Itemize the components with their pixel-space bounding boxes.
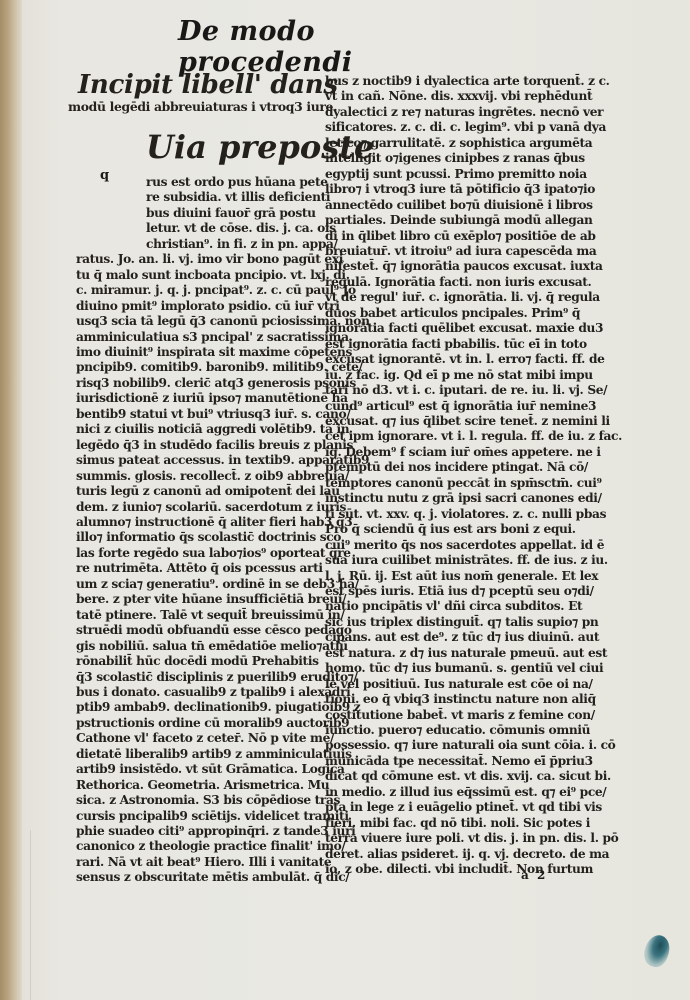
text-line: letico⁊ garrulitatē. z sophistica argumē… [325, 136, 569, 151]
text-line: cund⁹ articul⁹ est q̄ ignorātia iur̄ nem… [325, 399, 569, 414]
text-line: diuino pmit⁹ implorato psidio. cū iur̄ v… [76, 299, 320, 314]
text-line: pncipib9. comitib9. baronib9. militib9. … [76, 360, 320, 375]
text-line: pstructionis ordine cū moralib9 auctorib… [76, 716, 320, 731]
incipit-title: Incipit libell' dans [78, 71, 320, 99]
text-line: Rethorica. Geometria. Arismetrica. Mu [76, 778, 320, 793]
text-line: ti sūt. vt. xxv. q. j. violatores. z. c.… [325, 507, 569, 522]
text-line: partiales. Deinde subiungā modū allegan [325, 213, 569, 228]
text-line: regulā. Ignorātia facti. non iuris excus… [325, 275, 569, 290]
text-line: cōstitutione babet̄. vt maris z femine c… [325, 708, 569, 723]
text-line: instinctu nutu z grā ipsi sacri canones … [325, 491, 569, 506]
text-line: turis legū z canonū ad omipotent̄ dei la… [76, 484, 320, 499]
text-line: excusat. q⁊ ius q̄libet scire tenet̄. z … [325, 414, 569, 429]
text-line: tari nō d3. vt i. c. iputari. de re. iu.… [325, 383, 569, 398]
text-line: municāda tpe necessitat̄. Nemo eī̄ p̄pri… [325, 754, 569, 769]
text-line: sua iura cuilibet ministrātes. ff. de iu… [325, 553, 569, 568]
text-line: bus i donato. casualib9 z tpalib9 i alex… [76, 685, 320, 700]
text-line: est ignorātia facti pbabilis. tūc eī̄ in… [325, 337, 569, 352]
text-line: Pro q̄ sciendū q̄ ius est ars boni z equ… [325, 522, 569, 537]
text-line: duos babet articulos pncipales. Prim⁹ q̄ [325, 306, 569, 321]
text-line: bus diuini fauor̄ grā postu [146, 206, 320, 221]
running-head: De modo procedendi [178, 16, 468, 78]
text-line: egyptij sunt pcussi. Primo premitto noia [325, 167, 569, 182]
text-line: re subsidia. vt illis deficienti [146, 190, 320, 205]
text-line: annectēdo cuilibet bo⁊ū diuisionē i libr… [325, 198, 569, 213]
text-line: tu q̄ malo sunt incboata pncipio. vt. lx… [76, 268, 320, 283]
guide-letter: q [100, 168, 109, 183]
text-line: rus est ordo pus hūana pete [146, 175, 320, 190]
text-line: vt de regul' iur̄. c. ignorātia. li. vj.… [325, 290, 569, 305]
text-line: excusat ignorantē. vt in. l. erro⁊ facti… [325, 352, 569, 367]
text-line: re nutrimēta. Attēto q̄ ois pcessus arti [76, 561, 320, 576]
text-line: amminiculatiua s3 pncipal' z sacratissim… [76, 330, 320, 345]
handwritten-shelfmark: Ink. 825. [0, 680, 4, 830]
text-line: homo. tūc d⁊ ius bumanū. s. gentiū vel c… [325, 661, 569, 676]
right-column: bus z noctib9 i dyalectica arte torquent… [325, 74, 569, 878]
text-line: christian⁹. in fi. z in pn. appa/ [146, 237, 320, 252]
text-line: imo diuinit⁹ inspirata sit maxime cōpete… [76, 345, 320, 360]
text-line: rari. Nā vt ait beat⁹ Hiero. Illi i vani… [76, 855, 320, 870]
text-line: breuiatur̄. vt itroiu⁹ ad iura capescēda… [325, 244, 569, 259]
text-line: di in q̄libet libro cū exēplo⁊ positiōe … [325, 229, 569, 244]
text-line: sensus z obscuritate mētis ambulāt. q̄ d… [76, 870, 320, 885]
text-line: nici z ciuilis noticiā aggredi volētib9.… [76, 422, 320, 437]
scanned-page: De modo procedendi Incipit libell' dans … [0, 0, 690, 1000]
text-line: alumno⁊ instructionē q̄ aliter fieri hab… [76, 515, 320, 530]
text-line: est natura. z d⁊ ius naturale pmeuū. aut… [325, 646, 569, 661]
text-line: struēdi modū obfuandū esse cēsco pedago [76, 623, 320, 638]
text-line: dicat qd cōmune est. vt dis. xvij. ca. s… [325, 769, 569, 784]
left-column: Incipit libell' dans modū legēdi abbreui… [76, 71, 320, 886]
text-line: phie suadeo citi⁹ appropinq̄ri. z tande3… [76, 824, 320, 839]
text-line: cet ipm ignorare. vt i. l. regula. ff. d… [325, 429, 569, 444]
text-line: summis. glosis. recollect̄. z oib9 abbre… [76, 469, 320, 484]
text-line: cursis pncipalib9 sciētijs. videlicet tr… [76, 809, 320, 824]
text-line: risq3 nobilib9. cleric̄ atq3 generosis p… [76, 376, 320, 391]
text-line: letur. vt de cōse. dis. j. ca. ois [146, 221, 320, 236]
right-text-block: bus z noctib9 i dyalectica arte torquent… [325, 74, 569, 878]
signature-mark: a 2 [521, 868, 547, 882]
incipit-subtitle: modū legēdi abbreuiaturas i vtroq3 iure. [68, 99, 320, 115]
left-text-block: ratus. Jo. an. li. vj. imo vir bono pagū… [76, 252, 320, 886]
text-line: cui⁹ merito q̄s nos sacerdotes appellat.… [325, 538, 569, 553]
opening-initial-block: Uia preposte [76, 129, 320, 175]
text-line: sic ius triplex distinguit̄. q⁊ talis su… [325, 615, 569, 630]
text-line: ig. Debem⁹ ẜ sciam iur̄ om̄es appetere. … [325, 445, 569, 460]
text-line: dyalectici z re⁊ naturas ingrētes. necnō… [325, 105, 569, 120]
text-line: ignorātia facti quēlibet excusat. maxie … [325, 321, 569, 336]
text-line: iunctio. puero⁊ educatio. cōmunis omniū [325, 723, 569, 738]
paper-crease [30, 830, 31, 1000]
text-line: iu. z fac. ig. Qd eī̄ p me nō stat mibi … [325, 368, 569, 383]
text-line: est spēs iuris. Etiā ius d⁊ pceptū seu o… [325, 584, 569, 599]
text-line: fieri. mibi fac. qd nō tibi. noli. Sic p… [325, 816, 569, 831]
text-line: rōnabilit̄ hūc docēdi modū Prehabitis [76, 654, 320, 669]
text-line: legēdo q̄3 in studēdo facilis breuis z p… [76, 438, 320, 453]
text-line: iurisdictionē z iuriū ipso⁊ manutētionē … [76, 391, 320, 406]
text-line: intelligit o⁊igenes cinipbes z ranas q̄b… [325, 151, 569, 166]
text-line: illo⁊ informatio q̄s scolastic̄ doctrini… [76, 530, 320, 545]
text-line: temptores canonū peccāt in spm̄sctm̄. cu… [325, 476, 569, 491]
indented-text-block: rus est ordo pus hūana petere subsidia. … [76, 175, 320, 252]
text-line: ratus. Jo. an. li. vj. imo vir bono pagū… [76, 252, 320, 267]
text-line: le vel positiuū. Ius naturale est cōe oi… [325, 677, 569, 692]
text-line: terra viuere iure poli. vt dis. j. in pn… [325, 831, 569, 846]
text-line: bus z noctib9 i dyalectica arte torquent… [325, 74, 569, 89]
text-line: natio pncipātis vl' dñi circa subditos. … [325, 599, 569, 614]
text-line: bentib9 statui vt bui⁹ vtriusq3 iur̄. s.… [76, 407, 320, 422]
text-line: pta in lege z i euāgelio ptinet̄. vt qd … [325, 800, 569, 815]
text-line: ptemptū dei nos incidere ptingat. Nā cō/ [325, 460, 569, 475]
text-line: deret. alias psideret. ij. q. vj. decret… [325, 847, 569, 862]
text-line: sica. z Astronomia. S3 bis cōpēdiose trā… [76, 793, 320, 808]
text-line: las forte regēdo sua labo⁊ios⁹ oporteat … [76, 546, 320, 561]
text-line: bere. z pter vite hūane insufficiētiā br… [76, 592, 320, 607]
text-line: tioni. eo q̄ vbiq3 instinctu nature non … [325, 692, 569, 707]
ink-stain [640, 932, 673, 970]
text-line: nifestet̄. q̄⁊ ignorātia paucos excusat.… [325, 259, 569, 274]
text-line: cipans. aut est de⁹. z tūc d⁊ ius diuinū… [325, 630, 569, 645]
text-line: c. miramur. j. q. j. pncipat⁹. z. c. cū … [76, 283, 320, 298]
text-line: simus pateat accessus. in textib9. appar… [76, 453, 320, 468]
text-line: q̄3 scolastic̄ disciplinis z puerilib9 e… [76, 670, 320, 685]
text-line: dietatē liberalib9 artib9 z amminiculati… [76, 747, 320, 762]
text-line: sificatores. z. c. di. c. legim⁹. vbi p … [325, 120, 569, 135]
text-line: l. j. Rū. ij. Est aūt ius nom̄ generale.… [325, 569, 569, 584]
text-line: dem. z iunio⁊ scolariū. sacerdotum z iur… [76, 500, 320, 515]
text-line: possessio. q⁊ iure naturali oia sunt cōi… [325, 738, 569, 753]
text-line: Cathone vl' faceto z ceter̄. Nō p vite m… [76, 731, 320, 746]
binding-gutter-shadow [0, 0, 22, 1000]
text-line: libro⁊ i vtroq3 iure tā pōtificio q̄3 ip… [325, 182, 569, 197]
text-line: vt in cañ. Nōne. dis. xxxvij. vbi rephēd… [325, 89, 569, 104]
text-line: artib9 insistēdo. vt sūt Grāmatica. Logi… [76, 762, 320, 777]
text-line: usq3 scia tā legū q̄3 canonū pciosissima… [76, 314, 320, 329]
text-line: ptib9 ambab9. declinationib9. piugatiōib… [76, 700, 320, 715]
text-line: um z scia⁊ generatiu⁹. ordinē in se deb3… [76, 577, 320, 592]
text-line: tatē ptinere. Talē vt sequit̄ breuissimū… [76, 608, 320, 623]
text-line: canonico z theologie practice finalit' i… [76, 839, 320, 854]
text-line: gis nobiliū. salua tn̄ emēdatiōe melio⁊a… [76, 639, 320, 654]
text-line: in medio. z illud ius eq̄ssimū est. q⁊ e… [325, 785, 569, 800]
